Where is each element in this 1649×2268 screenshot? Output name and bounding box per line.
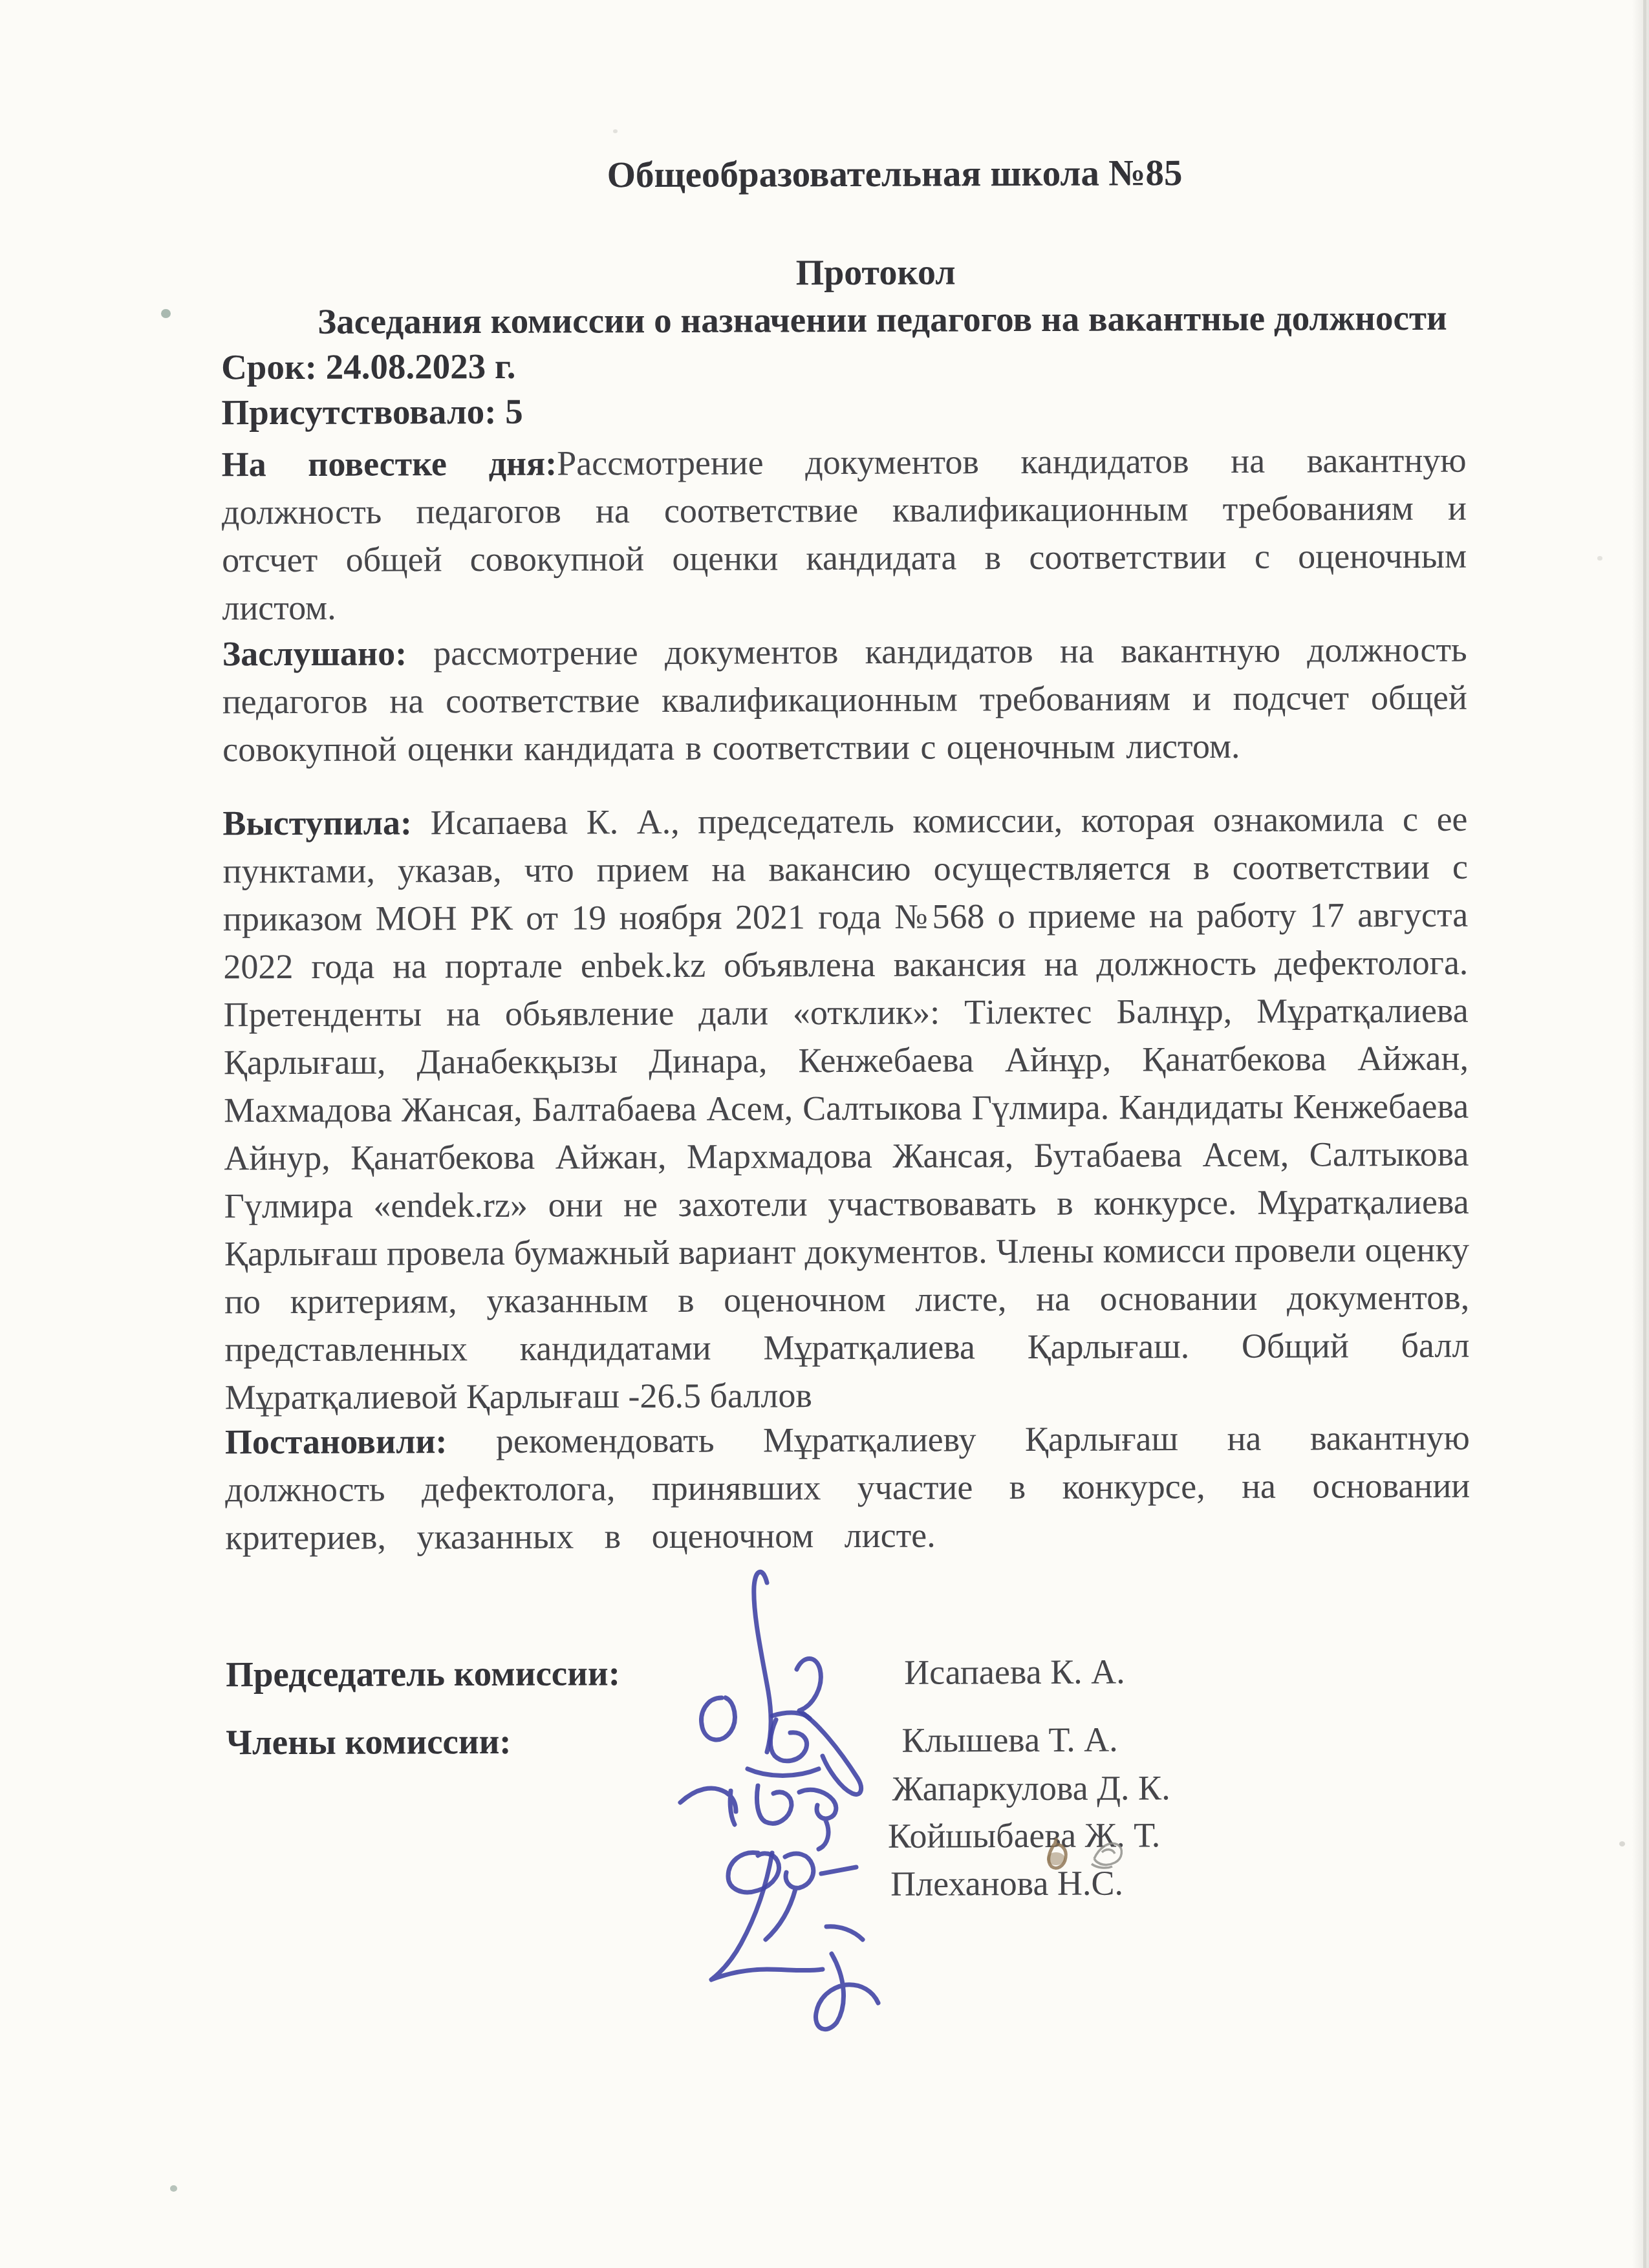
members-label: Члены комиссии: [226, 1718, 511, 1767]
handwritten-signatures [634, 1565, 944, 2056]
heard-label: Заслушано: [222, 634, 407, 673]
signature-klysheva [748, 1713, 819, 1775]
scan-speck [414, 1310, 418, 1314]
scan-speck [1619, 1841, 1625, 1846]
scan-edge-line [1643, 0, 1646, 2268]
heard-text: рассмотрение документов кандидатов на ва… [222, 630, 1467, 769]
resolved-label: Постановили: [225, 1422, 447, 1461]
agenda-label: На повестке дня: [221, 444, 557, 484]
doc-title: Протокол [221, 246, 1498, 299]
signature-plekhanova [711, 1853, 878, 2029]
scan-speck [613, 129, 618, 133]
chair-label: Председатель комиссии: [226, 1649, 620, 1698]
spoke-paragraph: Выступила: Исапаева К. А., председатель … [222, 795, 1469, 1422]
scanned-protocol-page: Общеобразовательная школа №85 Протокол З… [0, 0, 1649, 2268]
signature-zhaparkulova [680, 1786, 836, 1849]
spoke-label: Выступила: [222, 803, 412, 842]
scan-speck [170, 2185, 177, 2192]
doc-subtitle: Заседания комиссии о назначении педагого… [221, 294, 1505, 346]
attendance-line: Присутствовало: 5 [221, 385, 1466, 437]
date-line: Срок: 24.08.2023 г. [221, 339, 1466, 392]
scan-edge-shadow [1632, 0, 1649, 2268]
org-name-heading: Общеобразовательная школа №85 [221, 148, 1517, 200]
agenda-paragraph: На повестке дня:Рассмотрение документов … [221, 436, 1467, 632]
scan-speck [161, 309, 171, 318]
heard-paragraph: Заслушано: рассмотрение документов канди… [222, 626, 1467, 774]
scan-speck [1597, 556, 1602, 561]
ink-smudge [1035, 1833, 1145, 1881]
spoke-text: Исапаева К. А., председатель комиссии, к… [223, 800, 1470, 1417]
resolved-paragraph: Постановили: рекомендовать Мұратқалиеву … [225, 1414, 1471, 1562]
